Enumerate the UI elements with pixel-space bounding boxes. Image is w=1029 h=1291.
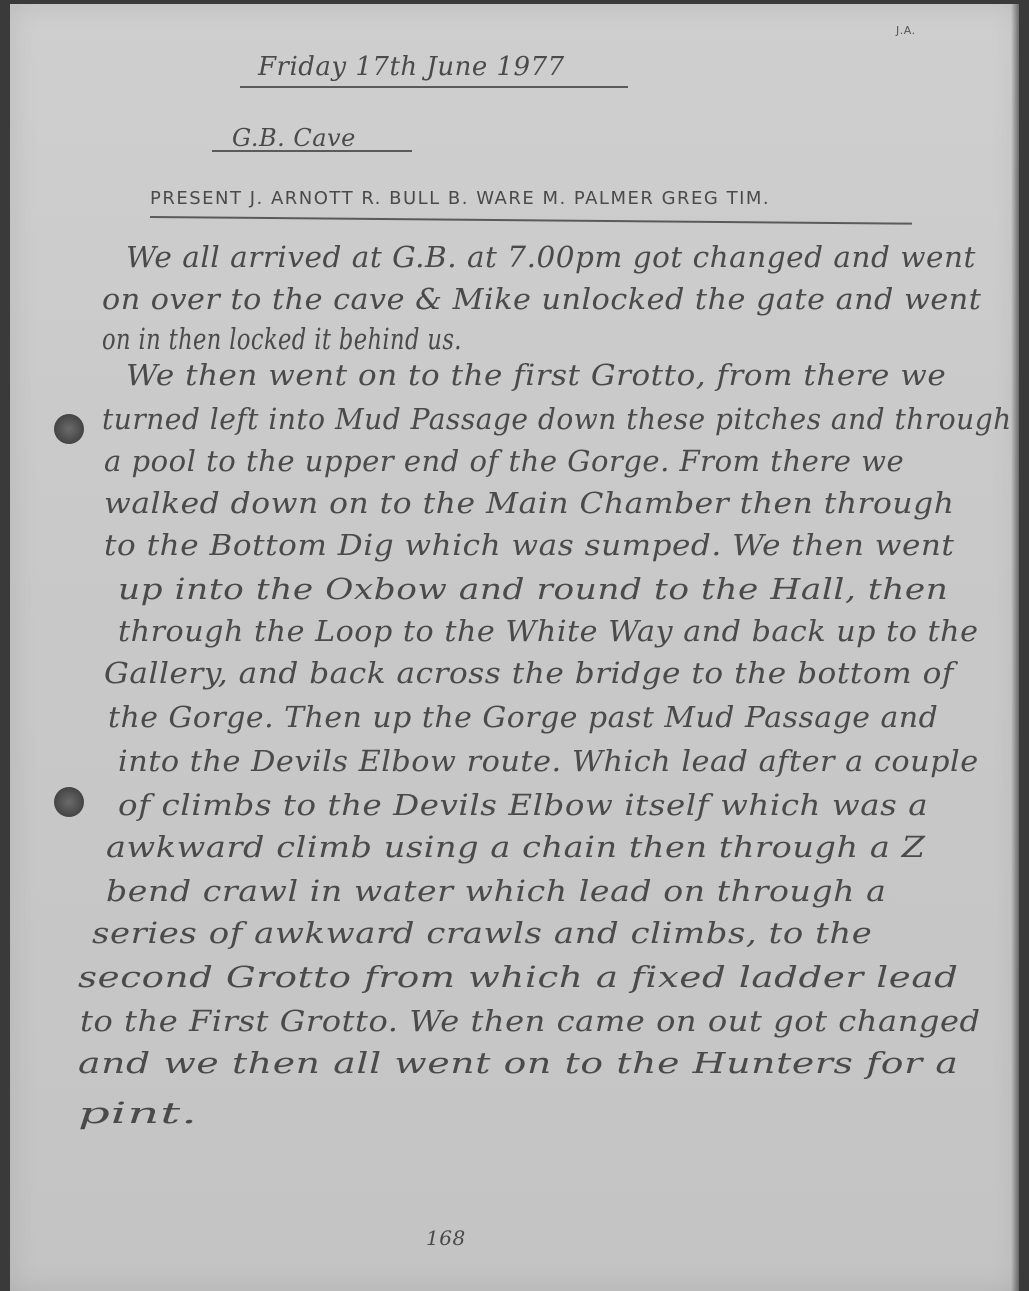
punch-hole-bottom bbox=[54, 787, 84, 817]
body-line: bend crawl in water which lead on throug… bbox=[106, 874, 886, 908]
body-line: to the First Grotto. We then came on out… bbox=[80, 1004, 981, 1038]
body-line: walked down on to the Main Chamber then … bbox=[104, 486, 954, 520]
body-line: Gallery, and back across the bridge to t… bbox=[104, 656, 954, 690]
body-line: pint. bbox=[78, 1096, 198, 1130]
body-line: We then went on to the first Grotto, fro… bbox=[126, 358, 946, 392]
body-line: second Grotto from which a fixed ladder … bbox=[78, 960, 958, 994]
body-line: a pool to the upper end of the Gorge. Fr… bbox=[104, 444, 904, 478]
page-number: 168 bbox=[426, 1226, 466, 1250]
punch-hole-top bbox=[54, 414, 84, 444]
body-line: the Gorge. Then up the Gorge past Mud Pa… bbox=[108, 700, 938, 734]
date-underline bbox=[240, 86, 628, 88]
author-initials: J.A. bbox=[896, 24, 916, 37]
body-line: on in then locked it behind us. bbox=[102, 322, 462, 356]
present-list: PRESENT J. ARNOTT R. BULL B. WARE M. PAL… bbox=[150, 188, 770, 209]
body-line: through the Loop to the White Way and ba… bbox=[118, 614, 979, 648]
body-line: awkward climb using a chain then through… bbox=[106, 830, 926, 864]
cave-name-underline bbox=[212, 150, 412, 152]
body-line: of climbs to the Devils Elbow itself whi… bbox=[118, 788, 928, 822]
entry-date: Friday 17th June 1977 bbox=[258, 52, 565, 82]
body-line: on over to the cave & Mike unlocked the … bbox=[102, 282, 981, 316]
cave-name: G.B. Cave bbox=[232, 124, 356, 152]
body-line: We all arrived at G.B. at 7.00pm got cha… bbox=[126, 240, 976, 274]
body-line: and we then all went on to the Hunters f… bbox=[78, 1046, 959, 1080]
body-line: up into the Oxbow and round to the Hall,… bbox=[118, 572, 948, 606]
body-line: into the Devils Elbow route. Which lead … bbox=[118, 744, 979, 778]
body-line: turned left into Mud Passage down these … bbox=[102, 402, 1012, 436]
body-line: to the Bottom Dig which was sumped. We t… bbox=[104, 528, 954, 562]
body-line: series of awkward crawls and climbs, to … bbox=[92, 916, 872, 950]
